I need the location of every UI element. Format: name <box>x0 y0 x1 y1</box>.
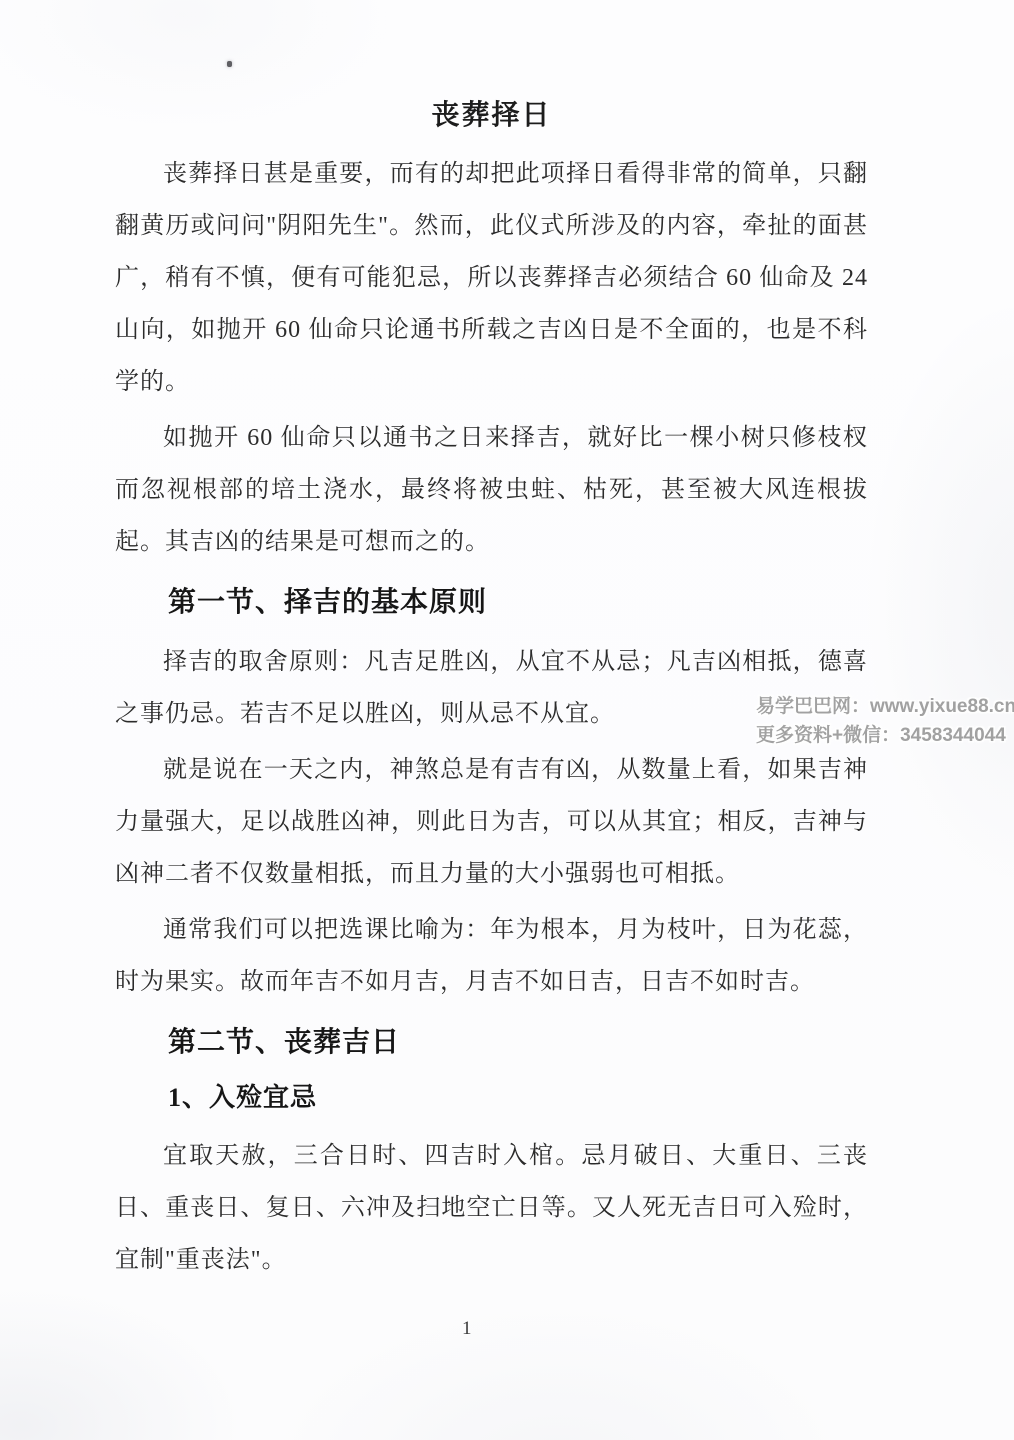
page-number: 1 <box>462 1318 472 1340</box>
document-content: 丧葬择日 丧葬择日甚是重要，而有的却把此项择日看得非常的简单，只翻翻黄历或问问"… <box>115 0 868 1286</box>
paragraph-tree-analogy: 如抛开 60 仙命只以通书之日来择吉，就好比一棵小树只修枝杈而忽视根部的培土浇水… <box>115 412 868 568</box>
watermark-wechat-line: 更多资料+微信：3458344044 <box>756 721 1014 750</box>
section-1-heading: 第一节、择吉的基本原则 <box>115 578 868 628</box>
paragraph-importance: 丧葬择日甚是重要，而有的却把此项择日看得非常的简单，只翻翻黄历或问问"阴阳先生"… <box>115 148 868 408</box>
watermark-site-line: 易学巴巴网：www.yixue88.cn <box>756 692 1014 721</box>
scanned-document-page: 丧葬择日 丧葬择日甚是重要，而有的却把此项择日看得非常的简单，只翻翻黄历或问问"… <box>0 0 1014 1440</box>
paragraph-year-month-day: 通常我们可以把选课比喻为：年为根本，月为枝叶，日为花蕊，时为果实。故而年吉不如月… <box>115 904 868 1008</box>
section-2-heading: 第二节、丧葬吉日 <box>115 1018 868 1068</box>
document-title: 丧葬择日 <box>115 92 868 140</box>
watermark: 易学巴巴网：www.yixue88.cn 更多资料+微信：3458344044 <box>756 692 1014 750</box>
paragraph-coffin-taboos: 宜取天赦，三合日时、四吉时入棺。忌月破日、大重日、三丧日、重丧日、复日、六冲及扫… <box>115 1130 868 1286</box>
paragraph-gods-strength: 就是说在一天之内，神煞总是有吉有凶，从数量上看，如果吉神力量强大，足以战胜凶神，… <box>115 744 868 900</box>
subsection-1-heading: 1、入殓宜忌 <box>115 1074 868 1122</box>
